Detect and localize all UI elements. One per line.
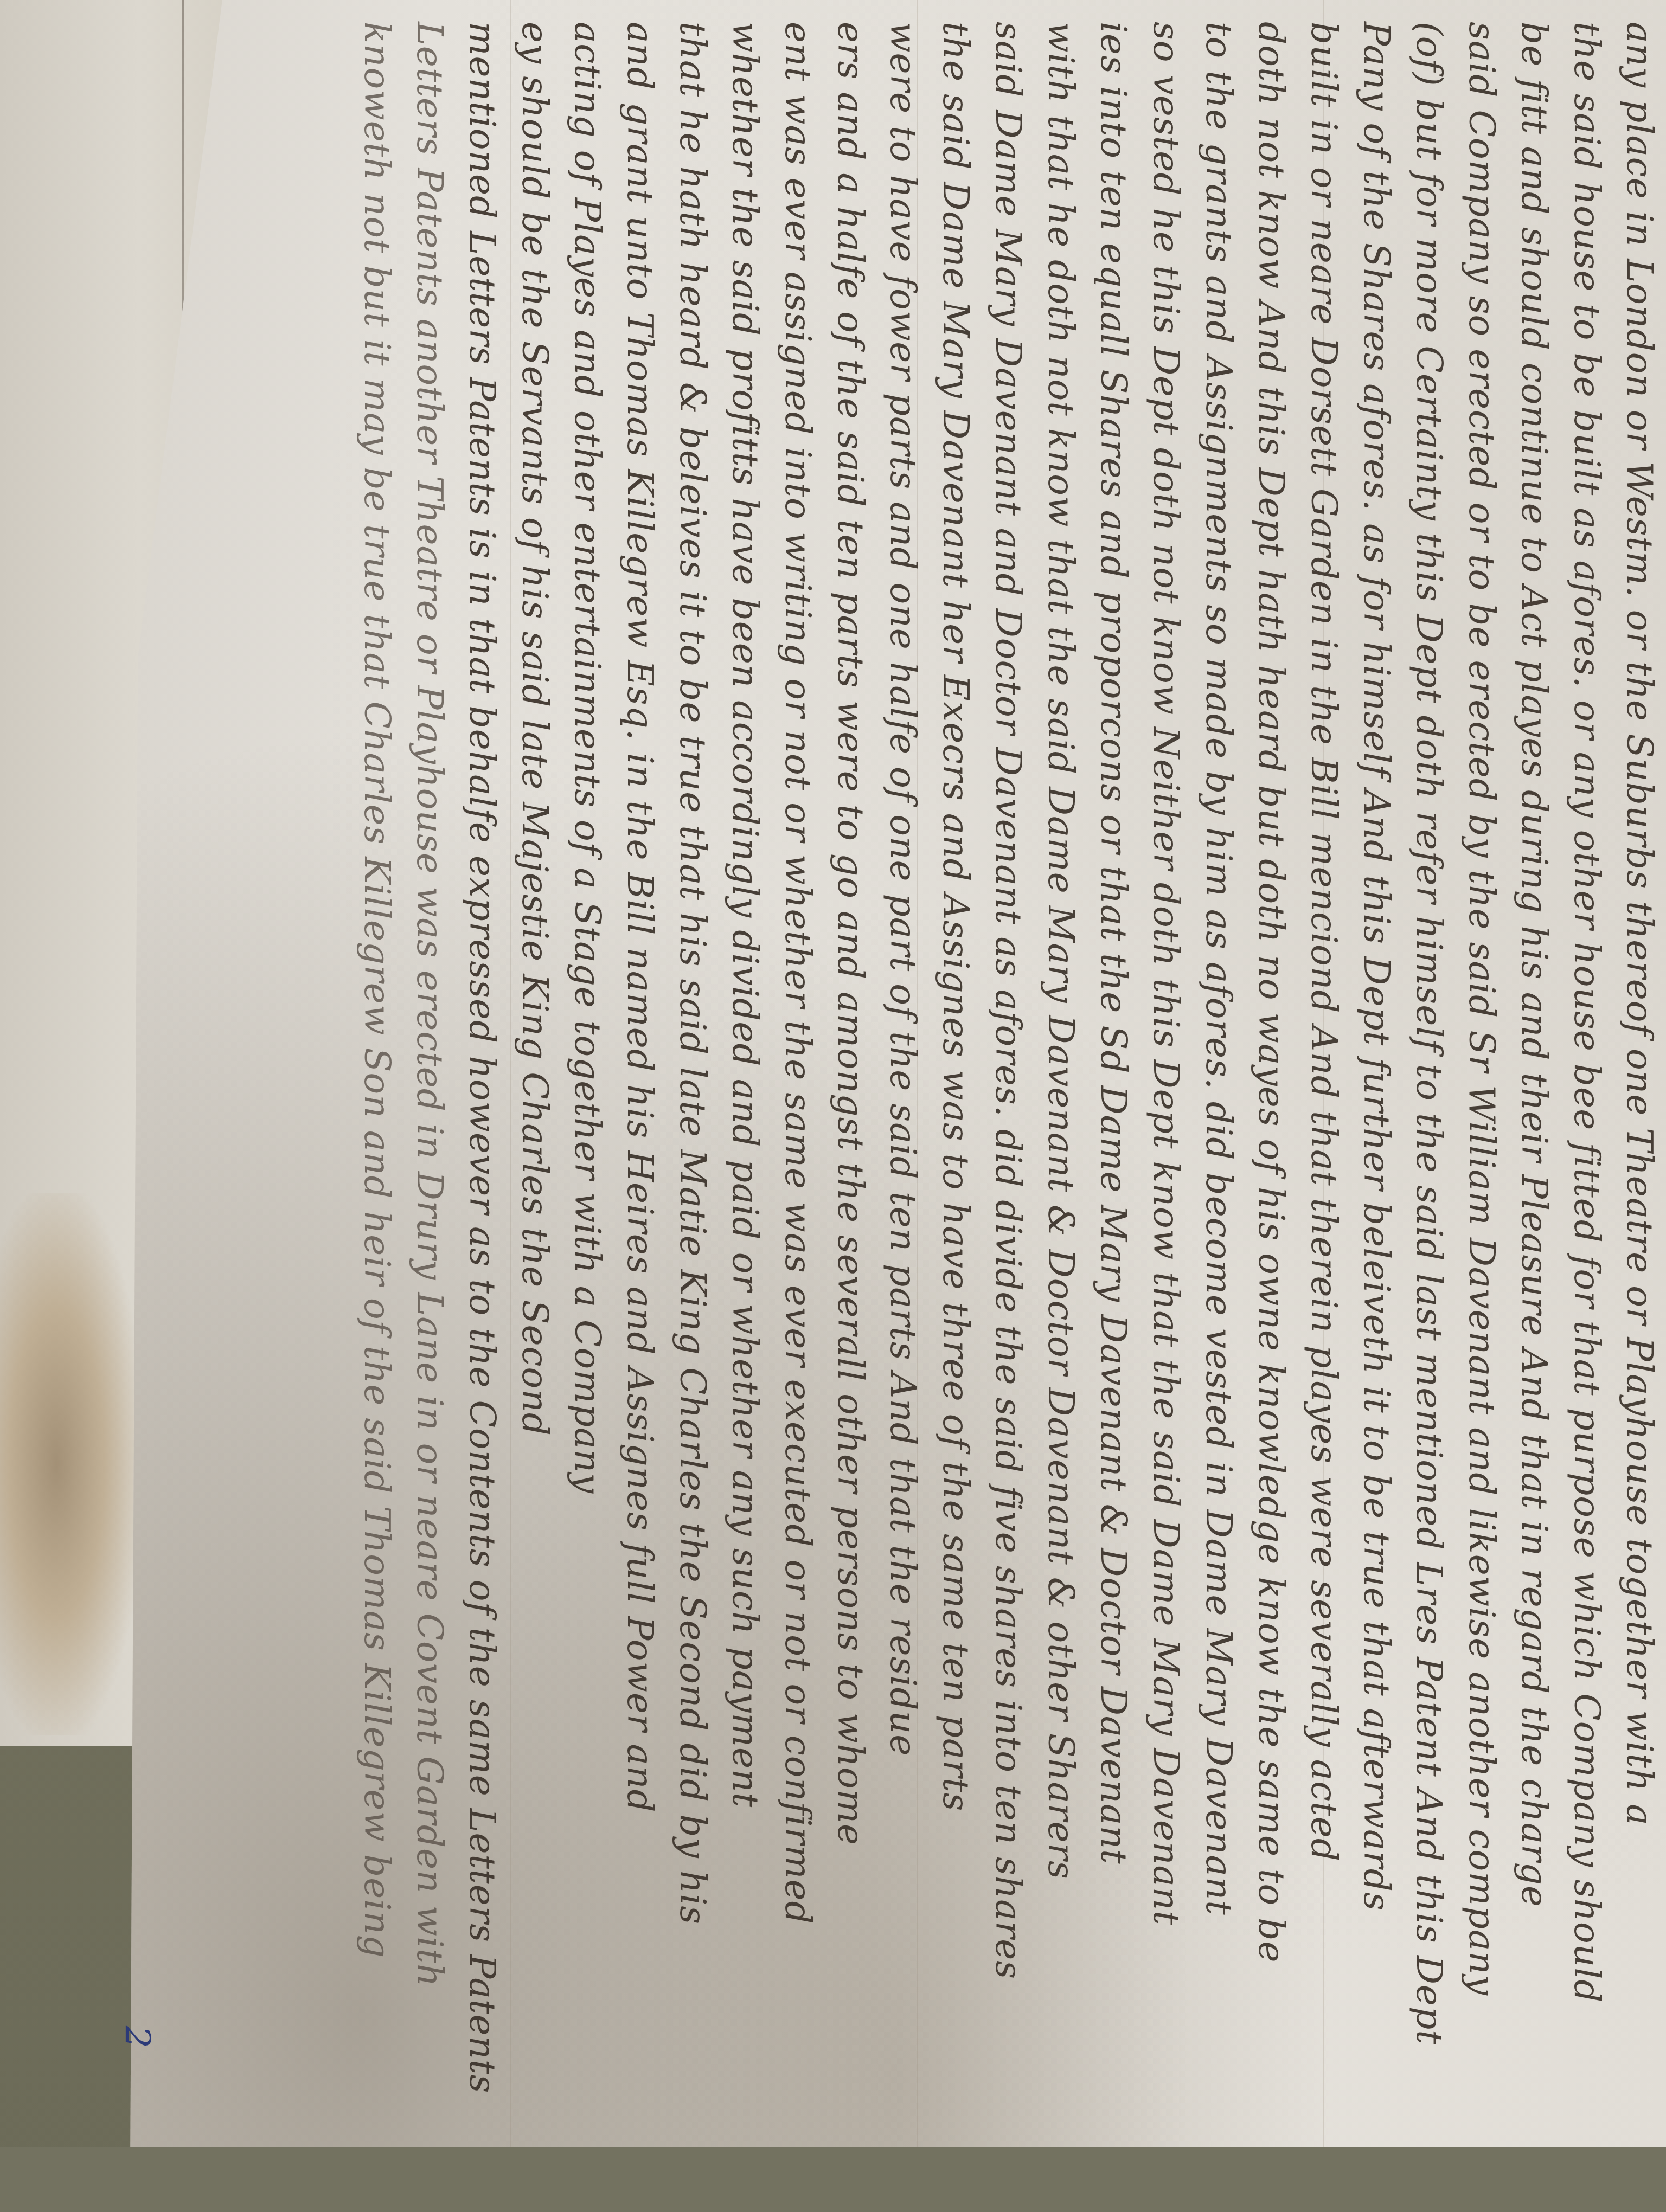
manuscript-line: ent was ever assigned into writing or no… [772, 22, 824, 2169]
manuscript-line: the said house to be built as afores. or… [1561, 22, 1613, 2169]
manuscript-line: ers and a halfe of the said ten parts we… [824, 22, 877, 2169]
manuscript-line: Pany of the Shares afores. as for himsel… [1350, 22, 1403, 2169]
photo-scene: any place in London or Westm. or the Sub… [0, 0, 1666, 2212]
manuscript-line: so vested he this Dept doth not know Nei… [1140, 22, 1193, 2169]
manuscript-text-area: any place in London or Westm. or the Sub… [163, 0, 1666, 2190]
manuscript-line: knoweth not but it may be true that Char… [351, 22, 403, 2169]
water-stain [0, 1193, 141, 1735]
manuscript-line: said Dame Mary Davenant and Doctor Daven… [982, 22, 1035, 2169]
manuscript-line: ies into ten equall Shares and proporcon… [1087, 22, 1140, 2169]
manuscript-line: acting of Playes and other entertainment… [561, 22, 614, 2169]
manuscript-line: (of) but for more Certainty this Dept do… [1403, 22, 1456, 2169]
manuscript-line: and grant unto Thomas Killegrew Esq. in … [614, 22, 667, 2169]
manuscript-line: built in or neare Dorsett Garden in the … [1298, 22, 1350, 2169]
manuscript-line: the said Dame Mary Davenant her Execrs a… [930, 22, 982, 2169]
manuscript-line: were to have fower parts and one halfe o… [877, 22, 930, 2169]
manuscript-line: ey should be the Servants of his said la… [509, 22, 561, 2169]
manuscript-line: that he hath heard & beleives it to be t… [667, 22, 719, 2169]
manuscript-text-rotated: any place in London or Westm. or the Sub… [163, 0, 1666, 2190]
folio-number: 2 [117, 2026, 157, 2048]
manuscript-line: whether the said profitts have been acco… [719, 22, 772, 2169]
manuscript-line: to the grants and Assignments so made by… [1193, 22, 1245, 2169]
manuscript-line: Letters Patents another Theatre or Playh… [403, 22, 456, 2169]
table-surface [0, 2147, 1666, 2212]
manuscript-line: be fitt and should continue to Act playe… [1508, 22, 1561, 2169]
manuscript-line: doth not know And this Dept hath heard b… [1245, 22, 1298, 2169]
manuscript-line: any place in London or Westm. or the Sub… [1613, 22, 1666, 2169]
manuscript-line: mentioned Letters Patents is in that beh… [456, 22, 509, 2169]
manuscript-line: with that he doth not know that the said… [1035, 22, 1087, 2169]
manuscript-line: said Company so erected or to be erected… [1456, 22, 1508, 2169]
